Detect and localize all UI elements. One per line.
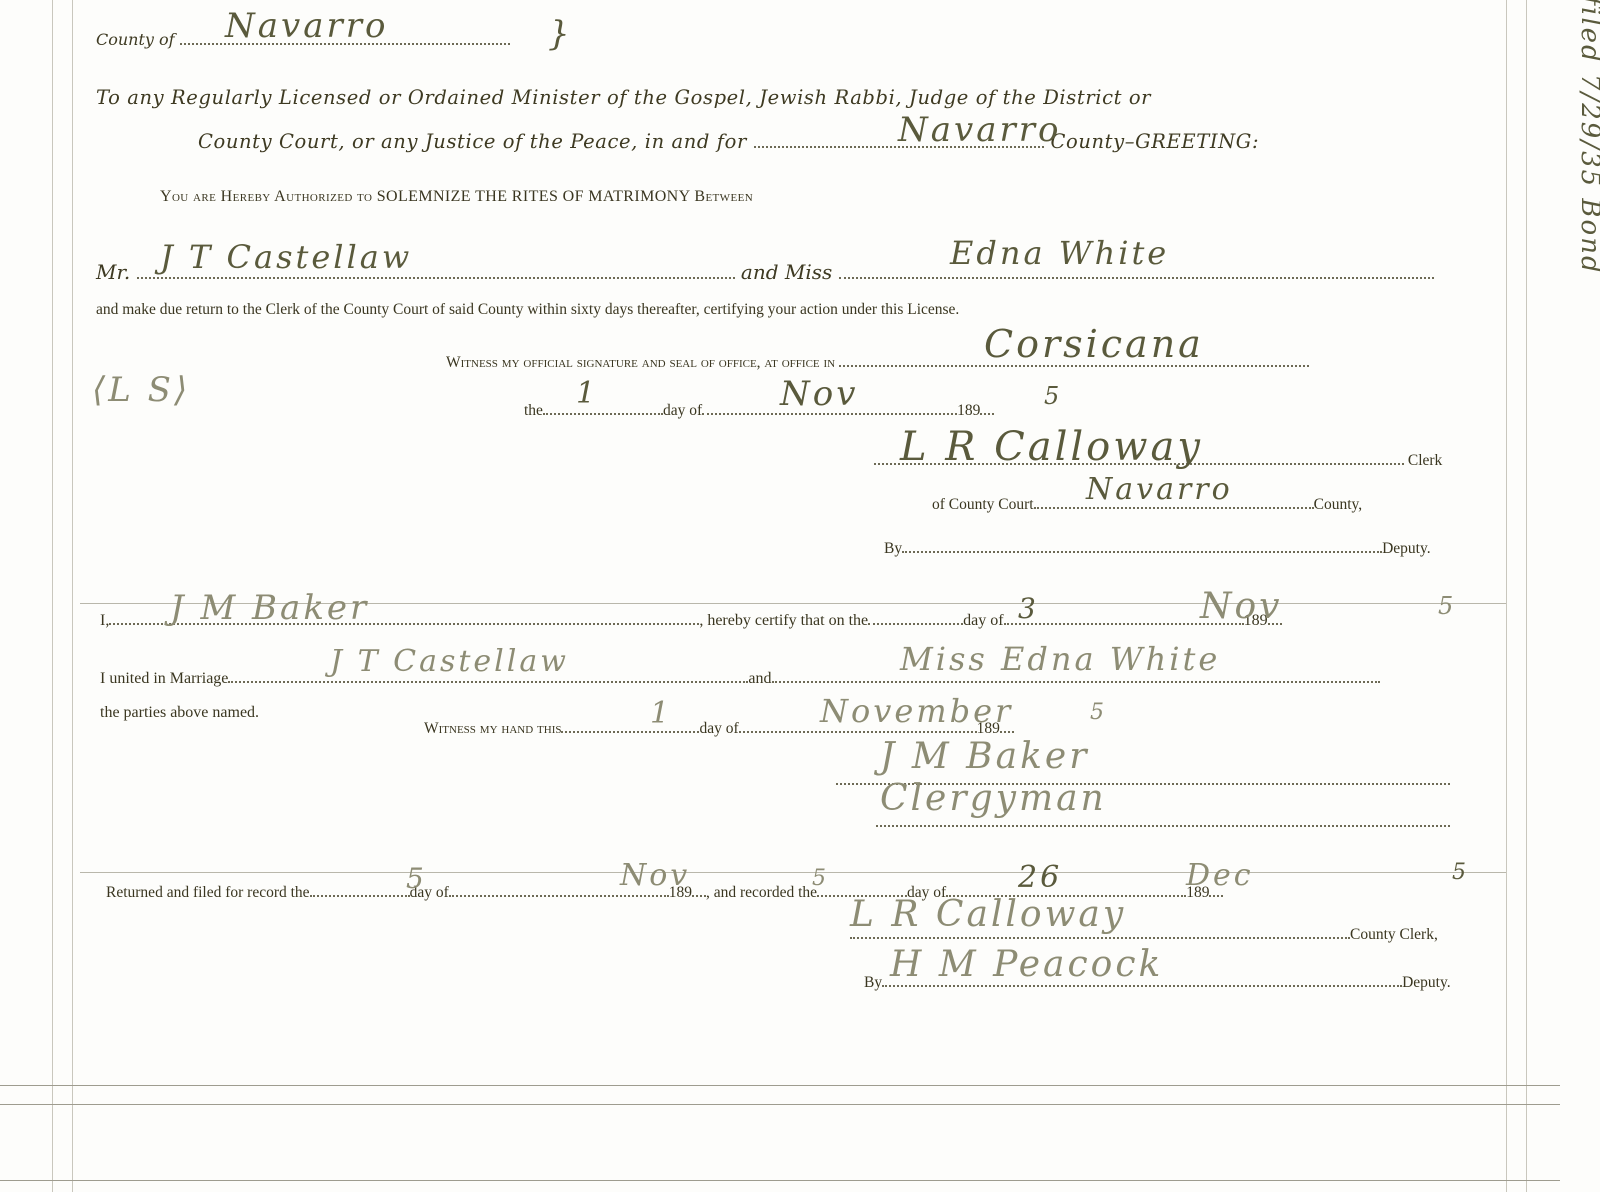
bracket-mark: } — [548, 14, 570, 54]
groom-name[interactable]: J T Castellaw — [160, 238, 412, 276]
parties-above-named: the parties above named. — [100, 704, 259, 722]
by-label: By — [884, 540, 902, 557]
officiant-title[interactable]: Clergyman — [880, 778, 1107, 819]
left-margin-line-2 — [72, 0, 73, 1192]
recorded-day[interactable]: 26 — [1018, 860, 1062, 895]
year-prefix: 189 — [957, 402, 980, 419]
cert-bride[interactable]: Miss Edna White — [900, 640, 1220, 678]
section-divider-2 — [80, 872, 1506, 873]
county-label: County, — [1314, 496, 1363, 513]
clerk-signature[interactable]: L R Calloway — [900, 424, 1203, 470]
bride-name[interactable]: Edna White — [950, 234, 1169, 272]
of-county-court-label: of County Court — [932, 496, 1034, 513]
cert-and-label: and — [748, 670, 771, 687]
margin-note: filed 7/29/35 Bond — [1575, 0, 1600, 275]
return-clause: and make due return to the Clerk of the … — [96, 301, 959, 319]
right-margin-line — [1506, 0, 1507, 1192]
office-city[interactable]: Corsicana — [984, 322, 1204, 366]
clerk-county-value[interactable]: Navarro — [1086, 472, 1233, 507]
cert-witness-day-of-label: day of — [699, 720, 738, 737]
county-value[interactable]: Navarro — [225, 6, 388, 46]
record-by-label: By — [864, 974, 882, 991]
cert-witness-label: Witness my hand this — [424, 720, 561, 737]
county-clerk-label: County Clerk, — [1350, 926, 1438, 943]
deputy-label: Deputy. — [1382, 540, 1431, 557]
day-of-label: day of — [663, 402, 702, 419]
recorded-year-suffix[interactable]: 5 — [1452, 860, 1469, 885]
bottom-edge — [0, 1180, 1560, 1181]
the-label: the — [524, 402, 543, 419]
clerk-month[interactable]: Nov — [780, 374, 858, 414]
county-of-label: County of — [96, 30, 175, 49]
officiant-name[interactable]: J M Baker — [170, 588, 369, 628]
recorded-label: , and recorded the — [706, 884, 817, 901]
clerk-witness-label: Witness my official signature and seal o… — [446, 354, 835, 371]
cert-day[interactable]: 3 — [1018, 592, 1039, 625]
greeting-county-value[interactable]: Navarro — [898, 110, 1061, 150]
cert-groom[interactable]: J T Castellaw — [330, 644, 569, 679]
greeting-line-1: To any Regularly Licensed or Ordained Mi… — [96, 86, 1151, 109]
left-margin-line — [52, 0, 53, 1192]
returned-year-suffix[interactable]: 5 — [812, 866, 829, 891]
greeting-prefix: County Court, or any Justice of the Peac… — [198, 130, 747, 153]
cert-year-suffix[interactable]: 5 — [1438, 592, 1456, 620]
right-margin-line-2 — [1526, 0, 1527, 1192]
certify-label: , hereby certify that on the — [699, 612, 868, 629]
cert-witness-month[interactable]: November — [820, 692, 1013, 730]
county-clerk-signature[interactable]: L R Calloway — [850, 894, 1126, 935]
greeting-line-2: County Court, or any Justice of the Peac… — [198, 130, 1259, 153]
returned-month[interactable]: Nov — [620, 858, 690, 893]
clerk-day[interactable]: 1 — [576, 376, 598, 411]
cert-witness-day[interactable]: 1 — [650, 696, 672, 731]
authorization-text: You are Hereby Authorized to SOLEMNIZE T… — [160, 188, 753, 206]
returned-label: Returned and filed for record the — [106, 884, 310, 901]
cert-month[interactable]: Nov — [1200, 586, 1283, 627]
mr-label: Mr. — [96, 260, 130, 284]
greeting-suffix: County–GREETING: — [1051, 130, 1260, 153]
clerk-year-suffix[interactable]: 5 — [1044, 382, 1062, 410]
returned-day[interactable]: 5 — [406, 862, 427, 895]
deputy-signature[interactable]: H M Peacock — [890, 944, 1163, 985]
bottom-rule-2 — [0, 1104, 1560, 1105]
and-miss-label: and Miss — [741, 260, 832, 284]
cert-day-of-label: day of — [963, 612, 1003, 629]
clerk-deputy-line: ByDeputy. — [884, 540, 1431, 558]
united-label: I united in Marriage — [100, 670, 228, 687]
clerk-label: Clerk — [1408, 452, 1442, 469]
officiant-signature[interactable]: J M Baker — [880, 736, 1089, 777]
i-label: I, — [100, 612, 109, 629]
seal-mark: ⟨L S⟩ — [92, 370, 190, 410]
bottom-rule-1 — [0, 1085, 1560, 1086]
cert-witness-year-suffix[interactable]: 5 — [1090, 700, 1107, 725]
recorded-month[interactable]: Dec — [1186, 858, 1254, 893]
record-deputy-label: Deputy. — [1402, 974, 1451, 991]
